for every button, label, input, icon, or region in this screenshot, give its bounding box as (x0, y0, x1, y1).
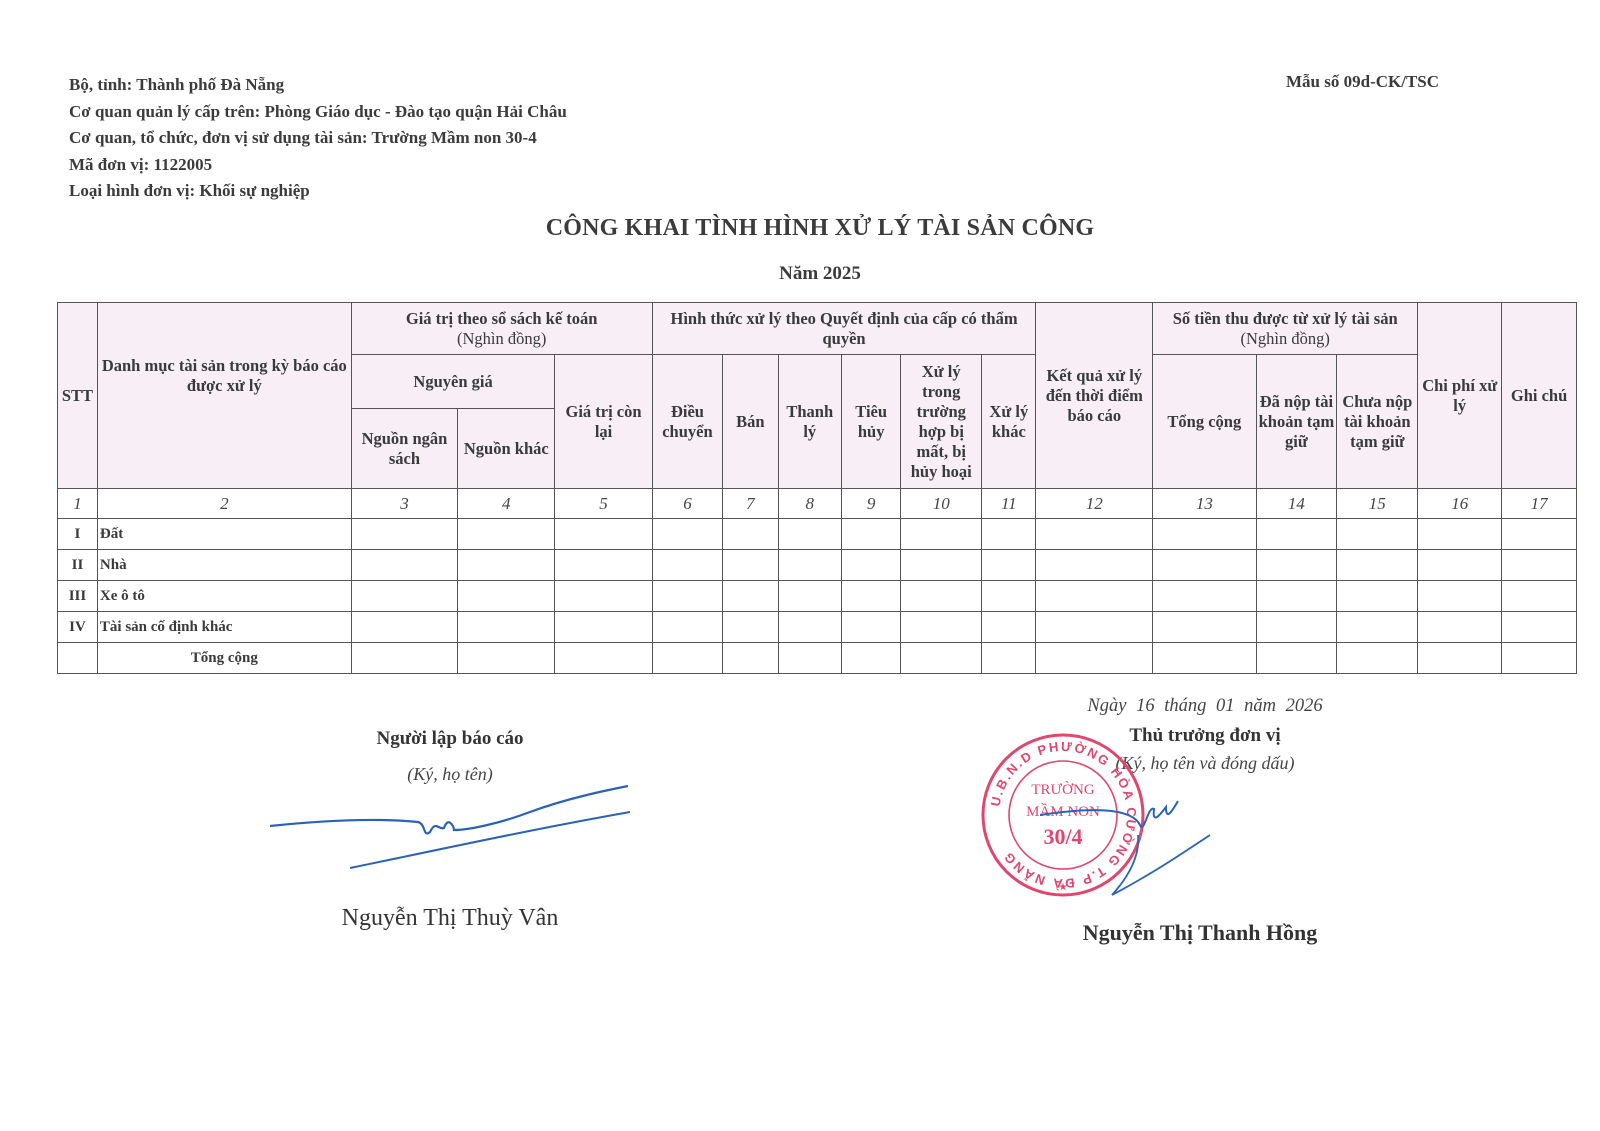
header-note: Ghi chú (1502, 303, 1577, 489)
column-number: 15 (1337, 489, 1418, 519)
column-number: 17 (1502, 489, 1577, 519)
row-asset-name: Xe ô tô (97, 581, 351, 612)
report-date: Ngày 16 tháng 01 năm 2026 (1070, 696, 1340, 717)
table-cell (1337, 519, 1418, 550)
table-cell (1153, 550, 1256, 581)
row-asset-name: Nhà (97, 550, 351, 581)
column-number: 4 (458, 489, 555, 519)
table-cell (458, 550, 555, 581)
table-cell (778, 581, 841, 612)
column-number: 7 (723, 489, 778, 519)
total-cell (652, 643, 723, 674)
column-number-row: 1234567891011121314151617 (58, 489, 1577, 519)
table-cell (1256, 519, 1337, 550)
total-cell (723, 643, 778, 674)
total-cell (1153, 643, 1256, 674)
header-asset-list: Danh mục tài sản trong kỳ báo cáo được x… (97, 303, 351, 489)
column-number: 14 (1256, 489, 1337, 519)
preparer-name: Nguyễn Thị Thuỳ Vân (300, 905, 600, 932)
document-year: Năm 2025 (0, 263, 1600, 285)
header-paid: Đã nộp tài khoản tạm giữ (1256, 355, 1337, 489)
header-transfer: Điều chuyển (652, 355, 723, 489)
header-revenue-total: Tổng cộng (1153, 355, 1256, 489)
table-cell (982, 612, 1036, 643)
row-asset-name: Tài sản cố định khác (97, 612, 351, 643)
table-cell (1418, 581, 1502, 612)
column-number: 6 (652, 489, 723, 519)
asset-disposal-table: STT Danh mục tài sản trong kỳ báo cáo đư… (57, 302, 1577, 674)
table-cell (652, 612, 723, 643)
table-cell (555, 581, 652, 612)
table-cell (652, 550, 723, 581)
table-cell (841, 612, 900, 643)
header-liquidation: Thanh lý (778, 355, 841, 489)
director-name: Nguyễn Thị Thanh Hồng (1050, 920, 1350, 946)
table-cell (778, 550, 841, 581)
table-cell (841, 519, 900, 550)
table-cell (555, 612, 652, 643)
header-unpaid: Chưa nộp tài khoản tạm giữ (1337, 355, 1418, 489)
header-stt: STT (58, 303, 98, 489)
header-remaining-value: Giá trị còn lại (555, 355, 652, 489)
document-title: CÔNG KHAI TÌNH HÌNH XỬ LÝ TÀI SẢN CÔNG (0, 215, 1600, 242)
table-cell (1418, 519, 1502, 550)
table-row: IĐất (58, 519, 1577, 550)
table-cell (1418, 612, 1502, 643)
table-cell (458, 581, 555, 612)
total-stt (58, 643, 98, 674)
column-number: 3 (351, 489, 457, 519)
table-cell (1036, 519, 1153, 550)
table-cell (901, 519, 982, 550)
total-cell (1256, 643, 1337, 674)
total-cell (458, 643, 555, 674)
unit-info: Bộ, tỉnh: Thành phố Đà Nẵng Cơ quan quản… (69, 72, 567, 205)
column-number: 16 (1418, 489, 1502, 519)
table-cell (1418, 550, 1502, 581)
header-cost: Chi phí xử lý (1418, 303, 1502, 489)
director-signature (1020, 795, 1220, 905)
row-stt: I (58, 519, 98, 550)
header-destruction: Tiêu hủy (841, 355, 900, 489)
header-other-source: Nguồn khác (458, 409, 555, 489)
table-cell (1337, 612, 1418, 643)
table-cell (1502, 612, 1577, 643)
header-loss-handling: Xử lý trong trường hợp bị mất, bị hủy ho… (901, 355, 982, 489)
table-cell (723, 519, 778, 550)
table-cell (1153, 612, 1256, 643)
table-cell (982, 519, 1036, 550)
table-cell (555, 519, 652, 550)
row-stt: IV (58, 612, 98, 643)
table-cell (351, 612, 457, 643)
table-cell (841, 581, 900, 612)
table-cell (1256, 612, 1337, 643)
column-number: 1 (58, 489, 98, 519)
table-cell (1153, 519, 1256, 550)
superior-agency-line: Cơ quan quản lý cấp trên: Phòng Giáo dục… (69, 99, 567, 126)
using-unit-line: Cơ quan, tổ chức, đơn vị sử dụng tài sản… (69, 125, 567, 152)
preparer-block: Người lập báo cáo (Ký, họ tên) (260, 728, 640, 785)
table-row: IIIXe ô tô (58, 581, 1577, 612)
table-cell (1153, 581, 1256, 612)
table-cell (901, 612, 982, 643)
table-row: IVTài sản cố định khác (58, 612, 1577, 643)
header-method-group: Hình thức xử lý theo Quyết định của cấp … (652, 303, 1036, 355)
column-number: 12 (1036, 489, 1153, 519)
table-cell (652, 581, 723, 612)
total-cell (982, 643, 1036, 674)
unit-type-line: Loại hình đơn vị: Khối sự nghiệp (69, 178, 567, 205)
table-cell (1256, 581, 1337, 612)
unit-code-line: Mã đơn vị: 1122005 (69, 152, 567, 179)
table-cell (723, 612, 778, 643)
header-budget-source: Nguồn ngân sách (351, 409, 457, 489)
column-number: 8 (778, 489, 841, 519)
total-row: Tổng cộng (58, 643, 1577, 674)
table-cell (723, 581, 778, 612)
header-revenue-group: Số tiền thu được từ xử lý tài sản(Nghìn … (1153, 303, 1418, 355)
table-cell (1036, 581, 1153, 612)
ministry-line: Bộ, tỉnh: Thành phố Đà Nẵng (69, 72, 567, 99)
table-cell (1502, 550, 1577, 581)
table-cell (778, 612, 841, 643)
header-sale: Bán (723, 355, 778, 489)
column-number: 9 (841, 489, 900, 519)
row-stt: III (58, 581, 98, 612)
column-number: 10 (901, 489, 982, 519)
table-cell (901, 550, 982, 581)
row-stt: II (58, 550, 98, 581)
preparer-title: Người lập báo cáo (260, 728, 640, 750)
preparer-signature (268, 780, 648, 880)
table-cell (1337, 550, 1418, 581)
table-cell (458, 519, 555, 550)
total-label: Tổng cộng (97, 643, 351, 674)
table-row: IINhà (58, 550, 1577, 581)
total-cell (1337, 643, 1418, 674)
total-cell (351, 643, 457, 674)
total-cell (841, 643, 900, 674)
table-cell (1036, 550, 1153, 581)
table-cell (458, 612, 555, 643)
table-cell (351, 519, 457, 550)
table-cell (723, 550, 778, 581)
column-number: 13 (1153, 489, 1256, 519)
total-cell (1418, 643, 1502, 674)
total-cell (901, 643, 982, 674)
table-cell (982, 550, 1036, 581)
header-result: Kết quả xử lý đến thời điểm báo cáo (1036, 303, 1153, 489)
row-asset-name: Đất (97, 519, 351, 550)
table-cell (982, 581, 1036, 612)
table-cell (1502, 581, 1577, 612)
total-cell (778, 643, 841, 674)
header-book-value-group: Giá trị theo sổ sách kế toán(Nghìn đồng) (351, 303, 652, 355)
table-cell (351, 581, 457, 612)
table-cell (351, 550, 457, 581)
column-number: 5 (555, 489, 652, 519)
table-cell (1337, 581, 1418, 612)
total-cell (555, 643, 652, 674)
table-cell (1036, 612, 1153, 643)
table-cell (1256, 550, 1337, 581)
header-other-handling: Xử lý khác (982, 355, 1036, 489)
table-cell (1502, 519, 1577, 550)
total-cell (1036, 643, 1153, 674)
column-number: 2 (97, 489, 351, 519)
header-original-price: Nguyên giá (351, 355, 555, 409)
total-cell (1502, 643, 1577, 674)
form-code: Mẫu số 09d-CK/TSC (1286, 72, 1439, 92)
table-cell (778, 519, 841, 550)
table-cell (901, 581, 982, 612)
table-cell (841, 550, 900, 581)
table-cell (652, 519, 723, 550)
column-number: 11 (982, 489, 1036, 519)
table-cell (555, 550, 652, 581)
